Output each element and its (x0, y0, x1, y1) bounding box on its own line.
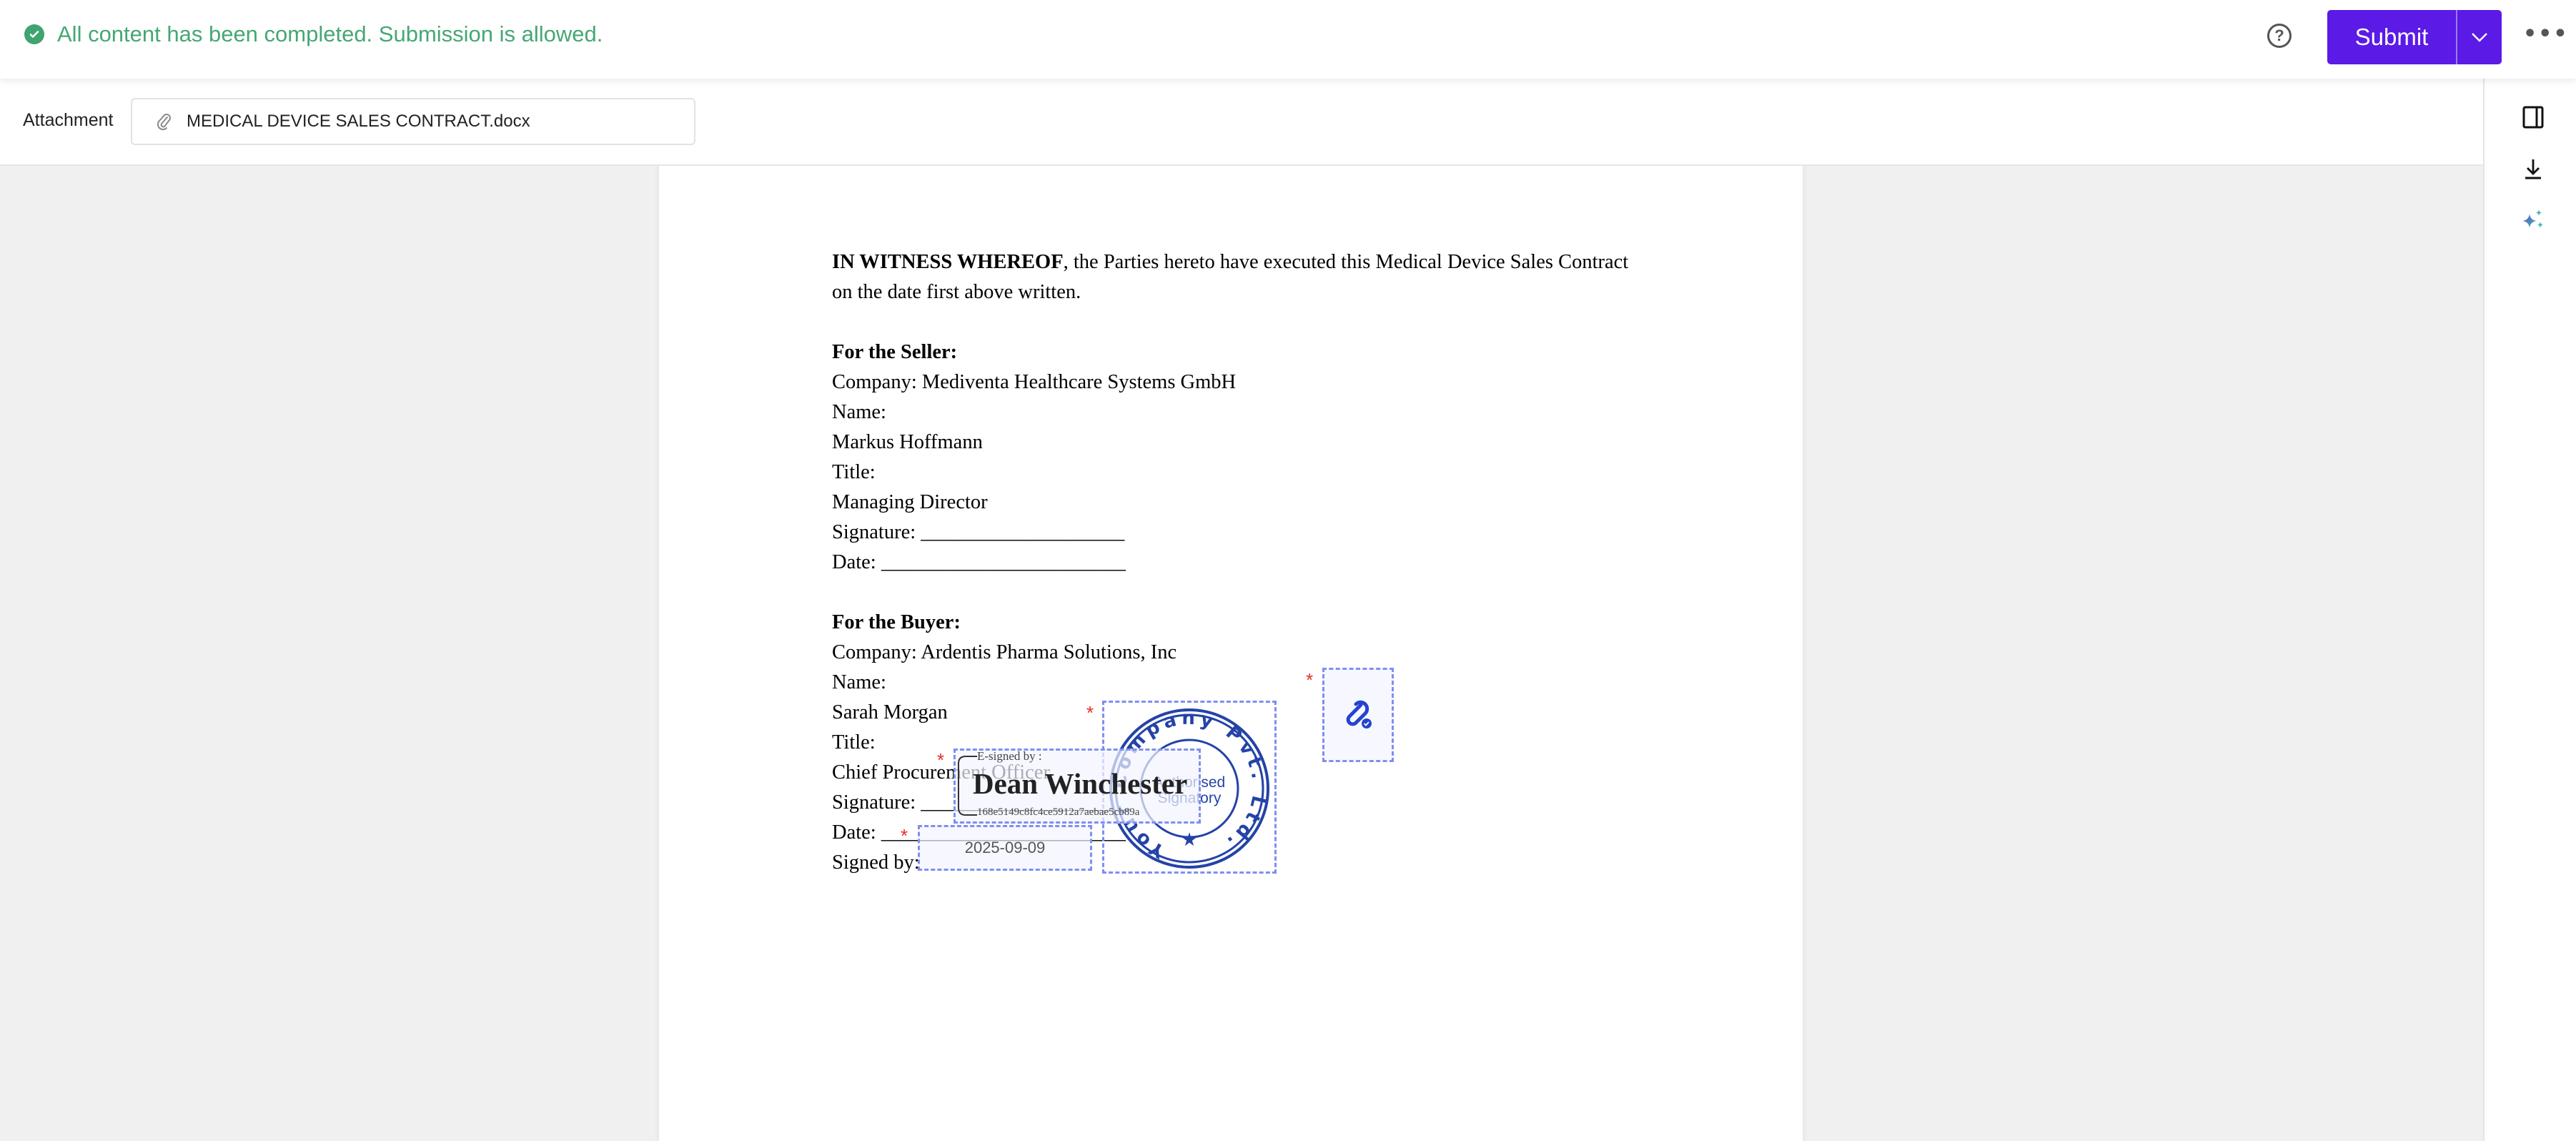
seller-date: Date: ________________________ (832, 548, 1628, 578)
more-options-icon[interactable]: ••• (2523, 21, 2569, 46)
top-bar: All content has been completed. Submissi… (0, 0, 2576, 79)
required-mark: * (1086, 702, 1094, 724)
attachment-file-name: MEDICAL DEVICE SALES CONTRACT.docx (187, 112, 530, 132)
document-page: IN WITNESS WHEREOF, the Parties hereto h… (659, 164, 1803, 1141)
seller-signature: Signature: ____________________ (832, 518, 1628, 548)
check-circle-icon (24, 24, 44, 44)
buyer-company: Company: Ardentis Pharma Solutions, Inc (832, 638, 1628, 668)
submit-button[interactable]: Submit (2327, 10, 2456, 64)
date-field[interactable]: 2025-09-09 (918, 825, 1092, 871)
download-icon[interactable] (2520, 156, 2546, 182)
seller-title: Managing Director (832, 488, 1628, 518)
witness-line2: on the date first above written. (832, 277, 1628, 307)
attachment-label: Attachment (23, 110, 113, 131)
seller-company: Company: Mediventa Healthcare Systems Gm… (832, 367, 1628, 397)
witness-bold: IN WITNESS WHEREOF (832, 251, 1064, 273)
paperclip-check-icon (1341, 698, 1375, 732)
seller-title-label: Title: (832, 458, 1628, 488)
help-icon[interactable]: ? (2267, 24, 2292, 48)
required-mark: * (1306, 669, 1313, 691)
attachment-file[interactable]: MEDICAL DEVICE SALES CONTRACT.docx (131, 98, 695, 145)
esign-caption: E-signed by : (977, 749, 1042, 764)
date-value: 2025-09-09 (965, 839, 1046, 857)
seller-name: Markus Hoffmann (832, 428, 1628, 458)
submit-button-group: Submit (2327, 10, 2502, 64)
required-mark: * (937, 749, 944, 771)
signature-field[interactable]: E-signed by : Dean Winchester 168e5149c8… (953, 749, 1201, 824)
status-text: All content has been completed. Submissi… (57, 21, 603, 47)
esign-hash: 168e5149c8fc4ce5912a7aebae5cb89a (977, 806, 1139, 819)
attachment-field[interactable] (1322, 668, 1394, 762)
ai-sparkle-icon[interactable] (2520, 207, 2546, 233)
attachment-bar: Attachment MEDICAL DEVICE SALES CONTRACT… (0, 79, 2483, 166)
svg-text:★: ★ (1181, 829, 1197, 851)
submit-dropdown-button[interactable] (2457, 10, 2502, 64)
right-sidebar (2483, 79, 2576, 1141)
witness-clause: IN WITNESS WHEREOF, the Parties hereto h… (832, 247, 1628, 277)
paperclip-icon (157, 112, 172, 131)
required-mark: * (901, 825, 908, 847)
completion-status: All content has been completed. Submissi… (24, 21, 603, 47)
buyer-heading: For the Buyer: (832, 608, 1628, 638)
esign-signer: Dean Winchester (973, 766, 1187, 801)
chevron-down-icon (2470, 31, 2489, 43)
witness-text: , the Parties hereto have executed this … (1064, 251, 1629, 273)
seller-heading: For the Seller: (832, 337, 1628, 367)
seller-name-label: Name: (832, 397, 1628, 428)
panel-toggle-icon[interactable] (2520, 104, 2546, 130)
buyer-name-label: Name: (832, 668, 1628, 698)
